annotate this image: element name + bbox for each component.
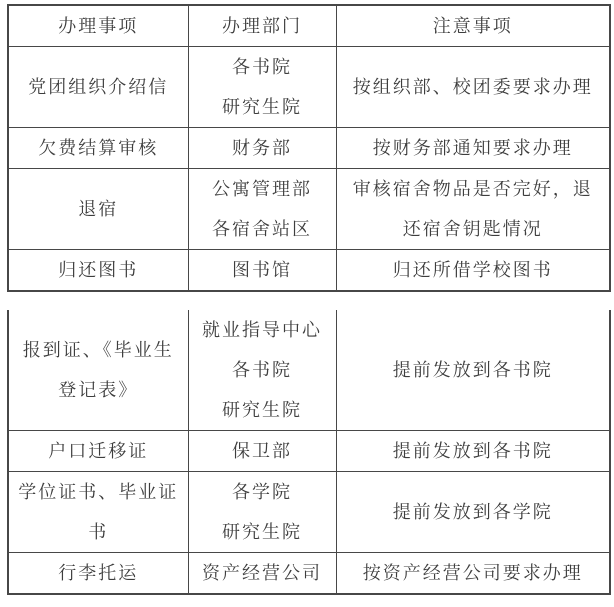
note-cell: 归还所借学校图书 (336, 250, 610, 292)
column-header: 注意事项 (336, 5, 610, 47)
note-cell: 提前发放到各学院 (336, 472, 610, 553)
item-cell: 退宿 (8, 169, 188, 250)
department-cell: 就业指导中心 各书院 研究生院 (188, 310, 336, 431)
table-body: 报到证、《毕业生 登记表》就业指导中心 各书院 研究生院提前发放到各书院户口迁移… (8, 310, 610, 594)
department-cell: 资产经营公司 (188, 553, 336, 595)
department-cell: 财务部 (188, 128, 336, 169)
table-row: 归还图书图书馆归还所借学校图书 (8, 250, 610, 292)
note-cell: 按组织部、校团委要求办理 (336, 47, 610, 128)
table-body: 党团组织介绍信各书院 研究生院按组织部、校团委要求办理欠费结算审核财务部按财务部… (8, 47, 610, 292)
clearance-table-bottom: 报到证、《毕业生 登记表》就业指导中心 各书院 研究生院提前发放到各书院户口迁移… (7, 310, 611, 595)
column-header: 办理事项 (8, 5, 188, 47)
table-row: 党团组织介绍信各书院 研究生院按组织部、校团委要求办理 (8, 47, 610, 128)
department-cell: 各学院 研究生院 (188, 472, 336, 553)
department-cell: 公寓管理部 各宿舍站区 (188, 169, 336, 250)
note-cell: 提前发放到各书院 (336, 431, 610, 472)
department-cell: 图书馆 (188, 250, 336, 292)
header-row: 办理事项办理部门注意事项 (8, 5, 610, 47)
item-cell: 行李托运 (8, 553, 188, 595)
note-cell: 审核宿舍物品是否完好，退 还宿舍钥匙情况 (336, 169, 610, 250)
department-cell: 各书院 研究生院 (188, 47, 336, 128)
item-cell: 党团组织介绍信 (8, 47, 188, 128)
table-row: 学位证书、毕业证 书各学院 研究生院提前发放到各学院 (8, 472, 610, 553)
item-cell: 欠费结算审核 (8, 128, 188, 169)
table-row: 欠费结算审核财务部按财务部通知要求办理 (8, 128, 610, 169)
note-cell: 按财务部通知要求办理 (336, 128, 610, 169)
item-cell: 学位证书、毕业证 书 (8, 472, 188, 553)
note-cell: 按资产经营公司要求办理 (336, 553, 610, 595)
table-header: 办理事项办理部门注意事项 (8, 5, 610, 47)
item-cell: 户口迁移证 (8, 431, 188, 472)
note-cell: 提前发放到各书院 (336, 310, 610, 431)
document-page: 办理事项办理部门注意事项 党团组织介绍信各书院 研究生院按组织部、校团委要求办理… (0, 0, 614, 607)
table-row: 行李托运资产经营公司按资产经营公司要求办理 (8, 553, 610, 595)
item-cell: 报到证、《毕业生 登记表》 (8, 310, 188, 431)
table-row: 报到证、《毕业生 登记表》就业指导中心 各书院 研究生院提前发放到各书院 (8, 310, 610, 431)
clearance-table-top: 办理事项办理部门注意事项 党团组织介绍信各书院 研究生院按组织部、校团委要求办理… (7, 4, 611, 292)
item-cell: 归还图书 (8, 250, 188, 292)
table-row: 户口迁移证保卫部提前发放到各书院 (8, 431, 610, 472)
table-row: 退宿公寓管理部 各宿舍站区审核宿舍物品是否完好，退 还宿舍钥匙情况 (8, 169, 610, 250)
column-header: 办理部门 (188, 5, 336, 47)
department-cell: 保卫部 (188, 431, 336, 472)
